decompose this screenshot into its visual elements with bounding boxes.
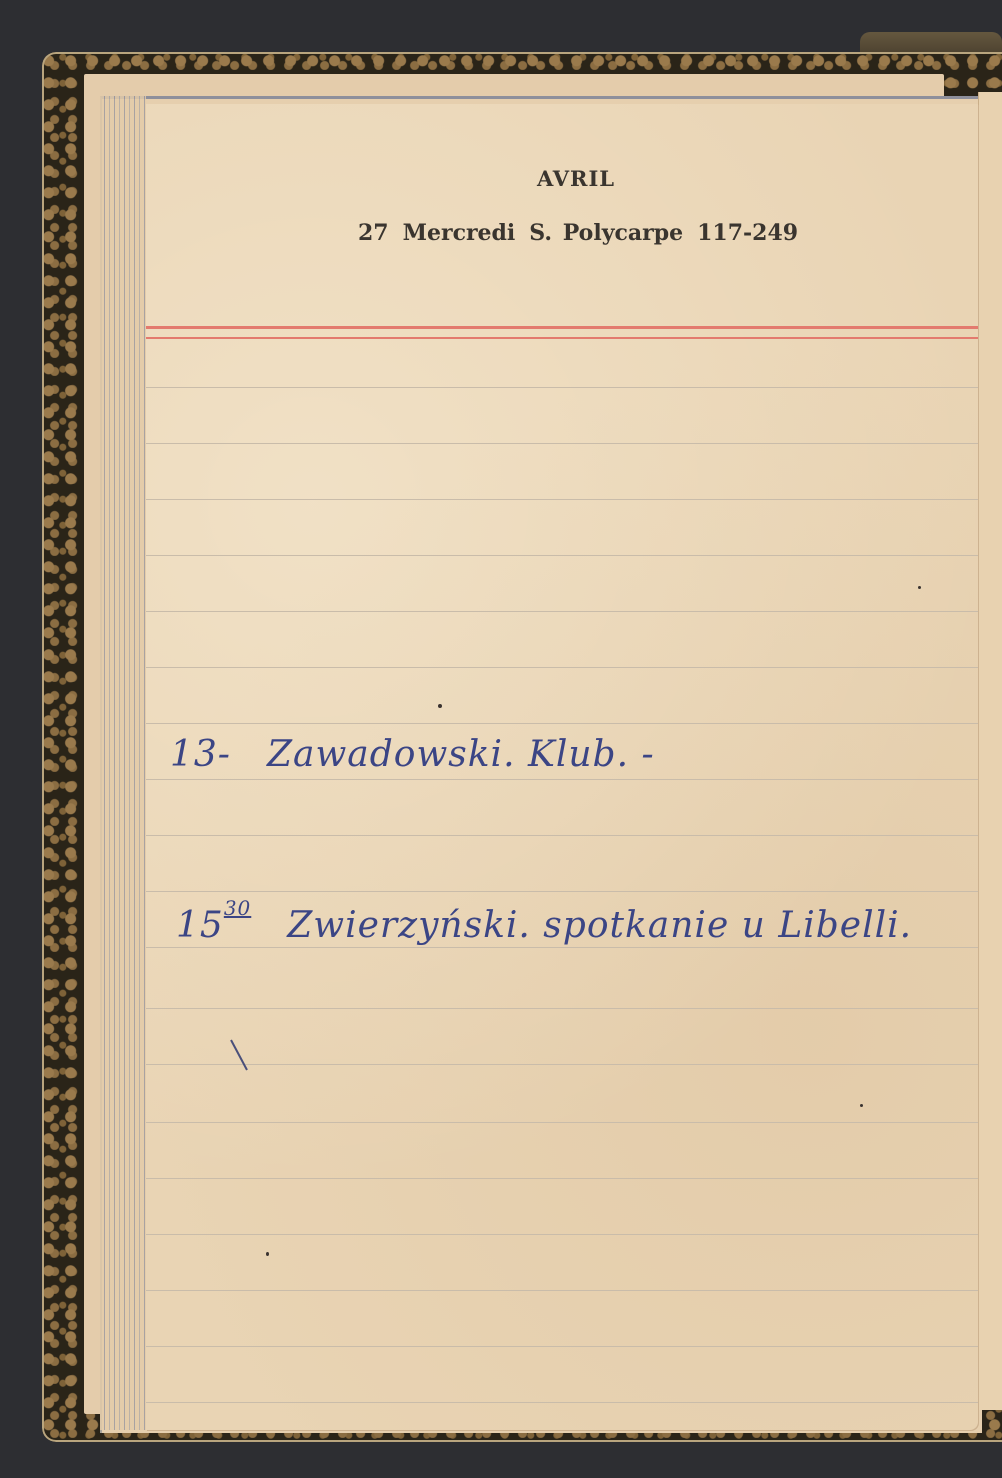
ruled-line xyxy=(146,947,978,948)
day-heading: 27MercrediS. Polycarpe117-249 xyxy=(358,220,812,246)
next-page-edge xyxy=(978,92,1002,1410)
ruled-line xyxy=(146,443,978,444)
ruled-line xyxy=(146,723,978,724)
ruled-line xyxy=(146,1178,978,1179)
ruled-line xyxy=(146,667,978,668)
day-of-year: 117-249 xyxy=(697,220,798,246)
entry-time-hour: 15 xyxy=(176,905,224,946)
ink-speck xyxy=(438,704,442,708)
ruled-line xyxy=(146,1290,978,1291)
ruled-line xyxy=(146,1064,978,1065)
ink-speck xyxy=(266,1252,269,1256)
ink-speck xyxy=(918,586,921,589)
diary-entry: 1530Zwierzyński. spotkanie u Libelli. xyxy=(176,896,912,946)
ruled-line xyxy=(146,1402,978,1403)
saint-name: S. Polycarpe xyxy=(529,220,683,246)
weekday: Mercredi xyxy=(403,220,516,246)
entry-time-minutes: 30 xyxy=(224,896,251,920)
ruled-line xyxy=(146,1122,978,1123)
ruled-line xyxy=(146,835,978,836)
entry-time: 1530 xyxy=(176,896,251,946)
ruled-line xyxy=(146,1234,978,1235)
entry-text: Zwierzyński. spotkanie u Libelli. xyxy=(287,905,912,946)
entry-time: 13- xyxy=(170,734,231,775)
ruled-line xyxy=(146,1008,978,1009)
diary-page: AVRIL 27MercrediS. Polycarpe117-249 13-Z… xyxy=(146,104,978,1430)
ruled-line xyxy=(146,1346,978,1347)
day-number: 27 xyxy=(358,220,389,246)
pen-mark xyxy=(230,1040,248,1071)
ink-speck xyxy=(860,1104,863,1107)
ruled-line xyxy=(146,611,978,612)
ruled-line xyxy=(146,891,978,892)
ruled-line xyxy=(146,779,978,780)
month-heading: AVRIL xyxy=(160,166,992,191)
red-rule-bottom xyxy=(146,337,978,339)
ruled-line xyxy=(146,387,978,388)
diary-entry: 13-Zawadowski. Klub. - xyxy=(170,734,655,775)
red-rule-top xyxy=(146,326,978,329)
entry-text: Zawadowski. Klub. - xyxy=(267,734,655,775)
page-stack-edges xyxy=(100,96,146,1430)
ruled-line xyxy=(146,499,978,500)
ruled-line xyxy=(146,555,978,556)
